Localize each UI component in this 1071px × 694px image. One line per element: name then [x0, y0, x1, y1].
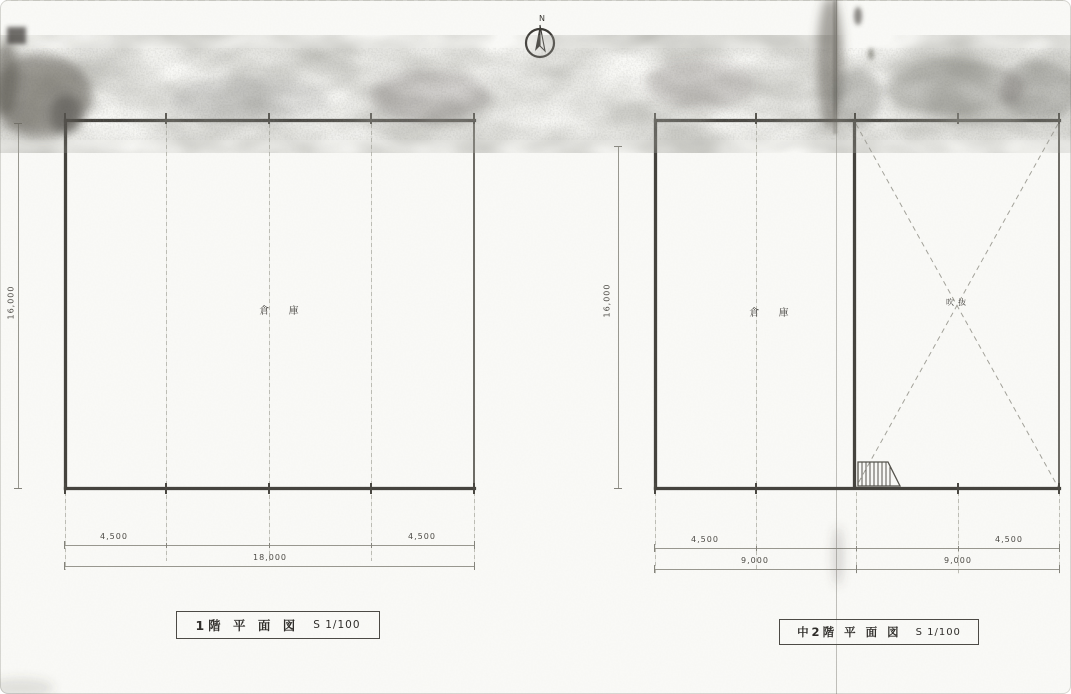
column-tick — [654, 483, 656, 494]
wall-top — [654, 119, 1061, 122]
vertical-dimension-label: 16,000 — [603, 272, 612, 330]
dimension-label-span-right: 9,000 — [926, 556, 990, 565]
vertical-dimension-line — [618, 146, 619, 489]
room-label: 倉 庫 — [733, 304, 813, 319]
dimension-label-span-left: 9,000 — [723, 556, 787, 565]
wall-left — [654, 119, 657, 490]
drawing-sheet: N 倉 庫 4,500 — [0, 0, 1071, 694]
dimension-tick — [1059, 565, 1060, 573]
stairs-icon — [856, 452, 904, 490]
void-label: 吹抜 — [936, 297, 980, 308]
column-tick — [755, 113, 757, 124]
dimension-tick — [1059, 544, 1060, 552]
grid-line — [756, 124, 757, 570]
column-tick — [854, 113, 856, 124]
title-block-mezzanine: 中2階 平 面 図 S 1/100 — [779, 619, 979, 645]
dimension-tick — [654, 565, 655, 573]
grid-line-stub — [655, 492, 656, 574]
dimension-tick — [856, 546, 857, 551]
dimension-label-bay-right: 4,500 — [977, 535, 1041, 544]
dimension-tick — [614, 146, 622, 147]
column-tick — [755, 483, 757, 494]
plan-title: 中2階 平 面 図 — [797, 624, 902, 640]
dimension-line-bays — [654, 548, 1060, 549]
grid-line-stub — [1059, 492, 1060, 574]
column-tick — [1058, 113, 1060, 124]
plan-scale: S 1/100 — [916, 627, 961, 638]
dimension-tick — [614, 488, 622, 489]
column-tick — [957, 113, 959, 124]
dimension-tick — [856, 565, 857, 573]
grid-line-stub — [856, 492, 857, 574]
dimension-tick — [654, 544, 655, 552]
plan-mezzanine: 吹抜 倉 庫 4,500 4,500 9,000 9,000 16,000 中2… — [0, 0, 1071, 694]
column-tick — [1058, 483, 1060, 494]
dimension-tick — [756, 546, 757, 551]
wall-right — [1058, 120, 1060, 489]
dimension-tick — [958, 546, 959, 551]
column-tick — [654, 113, 656, 124]
dimension-line-spans — [654, 569, 1060, 570]
dimension-label-bay-left: 4,500 — [673, 535, 737, 544]
